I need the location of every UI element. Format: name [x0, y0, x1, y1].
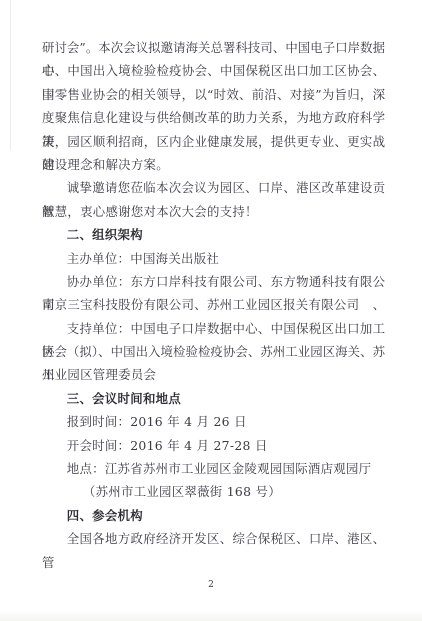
text-line: 南京三宝科技股份有限公司、苏州工业园区报关有限公司 [42, 293, 385, 316]
text-line: 协办单位：东方口岸科技有限公司、东方物通科技有限公司、 [42, 270, 385, 293]
document-body: 研讨会”。本次会议拟邀请海关总署科技司、中国电子口岸数据中心、中国出入境检验检疫… [42, 36, 385, 551]
text-line: 全国各地方政府经济开发区、综合保税区、口岸、港区、管 [42, 527, 385, 550]
section-heading: 四、参会机构 [42, 504, 385, 527]
text-line: 智慧，衷心感谢您对本次大会的支持！ [42, 200, 385, 223]
text-line: 诚挚邀请您莅临本次会议为园区、口岸、港区改革建设贡献 [42, 176, 385, 199]
scan-artifact-line [10, 0, 11, 150]
document-page: 研讨会”。本次会议拟邀请海关总署科技司、中国电子口岸数据中心、中国出入境检验检疫… [0, 0, 422, 621]
text-line: 报到时间：2016 年 4 月 26 日 [42, 410, 385, 433]
text-line: 支持单位：中国电子口岸数据中心、中国保税区出口加工区 [42, 317, 385, 340]
text-line: 建设理念和解决方案。 [42, 153, 385, 176]
text-line: 国零售业协会的相关领导，以“时效、前沿、对接”为旨归，深 [42, 83, 385, 106]
text-line: 度聚焦信息化建设与供给侧改革的助力关系，为地方政府科学决 [42, 106, 385, 129]
text-line: 研讨会”。本次会议拟邀请海关总署科技司、中国电子口岸数据中 [42, 36, 385, 59]
page-number: 2 [0, 578, 422, 592]
text-line: 策，园区顺利招商，区内企业健康发展，提供更专业、更实战的 [42, 130, 385, 153]
section-heading: 二、组织架构 [42, 223, 385, 246]
scan-artifact-shade [0, 611, 422, 621]
section-heading: 三、会议时间和地点 [42, 387, 385, 410]
text-line: （苏州市工业园区翠薇街 168 号） [42, 480, 385, 503]
text-line: 协会（拟）、中国出入境检验检疫协会、苏州工业园区海关、苏州 [42, 340, 385, 363]
text-line: 工业园区管理委员会 [42, 363, 385, 386]
text-line: 主办单位：中国海关出版社 [42, 247, 385, 270]
text-line: 地点：江苏省苏州市工业园区金陵观园国际酒店观园厅 [42, 457, 385, 480]
text-line: 心、中国出入境检验检疫协会、中国保税区出口加工区协会、中 [42, 59, 385, 82]
text-line: 开会时间：2016 年 4 月 27-28 日 [42, 434, 385, 457]
